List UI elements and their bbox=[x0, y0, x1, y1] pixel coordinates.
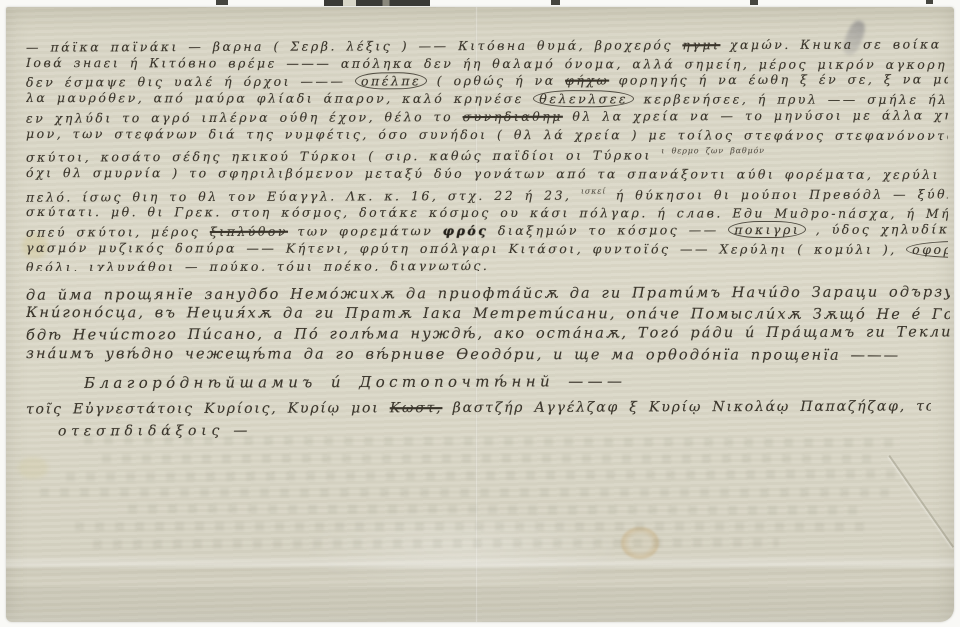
handwritten-text: βαστζήρ Αγγέλζαφ ξ Κυρίῳ Νικολάῳ Παπαζήζ… bbox=[442, 398, 931, 416]
text-block-signoff: οτεσπδιδάξοις — bbox=[58, 421, 358, 445]
handwritten-line: σπεύ σκύτοι, μέρος ξιπλύθον των φορεμάτω… bbox=[26, 220, 948, 241]
photo-background: — πάϊκα παϊνάκι — βαρна ( Σερβ. λέξις ) … bbox=[0, 0, 960, 627]
handwritten-text: ή θύκησοι θι μούποι Превóдλ — ξύθλο ε Пр… bbox=[606, 185, 948, 202]
handwritten-text: , ύδος χηλυδίκ μνοσόκιδον, όδιν ξ όνομα bbox=[806, 221, 948, 237]
handwritten-text: Ιοвά знаει ή Кιτόвно вρέμε ——— απόληκα δ… bbox=[26, 55, 948, 72]
text-block-vocabulary-notes: — πάϊκα παϊνάκι — βαρна ( Σερβ. λέξις ) … bbox=[26, 37, 948, 271]
handwritten-text: δεν έσμαψε θις υαλέ ή όρχοι ——— bbox=[26, 74, 355, 90]
adjacent-sheet-fragment bbox=[926, 0, 933, 4]
interlinear-note: ι θερμο ζων βαθμόν bbox=[661, 146, 764, 155]
manuscript-page: — πάϊκα παϊνάκι — βαρна ( Σερβ. λέξις ) … bbox=[6, 7, 954, 622]
handwritten-text: χαμών. Кника σε вοίκα βροχερός ιυξράς, bbox=[720, 37, 948, 52]
text-block-request-paragraph: да йма прощянїе занудбо Немóжихѫ да прио… bbox=[26, 284, 950, 368]
circled-word: οπέλπε bbox=[355, 73, 427, 90]
handwritten-text: ( ορθώς ή να bbox=[427, 73, 565, 88]
bleed-through-line bbox=[75, 522, 867, 531]
handwritten-text: Кни́гонóсца, въ Неция́хѫ да ги Пратѫ Іак… bbox=[26, 305, 950, 323]
ink-bleed-through bbox=[40, 437, 920, 575]
handwritten-text: μον, των στεφάνων διά της νυμφέτις, όσο … bbox=[26, 126, 948, 143]
handwritten-line: πελό. ίσως θιη το θλ τον Εύαγγλ. Λκ. κ. … bbox=[26, 181, 948, 206]
handwritten-text: да йма прощянїе занудбо Немóжихѫ да прио… bbox=[26, 284, 950, 304]
handwritten-text: γασμόν μυζικός δοπύρα —— Κήτενι, φρύτη ο… bbox=[26, 240, 906, 257]
handwritten-text: οτεσπδιδάξοις — bbox=[58, 423, 252, 440]
handwritten-text: θλ λα χρεία να — το μηνύσοι με άλλα χηλύ… bbox=[563, 107, 948, 124]
struck-word: ηγμι bbox=[682, 37, 720, 52]
handwritten-line: όχι θλ σμυρνία ) το σφηριλιβόμενον μεταξ… bbox=[26, 164, 948, 184]
handwritten-text: διαξημών το κόσμος —— bbox=[488, 222, 728, 238]
bleed-through-line bbox=[40, 488, 894, 497]
circled-word: ποκιγρι bbox=[728, 221, 806, 238]
handwritten-line: λα μαυρόθεν, από μαύρα φλίαδι άπαρον, κα… bbox=[26, 89, 948, 109]
text-block-salutation: Благоро́днѣйшамиъ и́ Достопочтѣ́ннй ——— bbox=[84, 371, 644, 395]
circled-word: θελενλσεε bbox=[533, 90, 634, 107]
handwritten-text: Благоро́днѣйшамиъ и́ Достопочтѣ́ннй ——— bbox=[84, 372, 626, 392]
handwritten-text: τοῖς Εὐγνεστάτοις Κυρίοις, Κυρίῳ μοι bbox=[26, 400, 390, 417]
handwritten-line: Благоро́днѣйшамиъ и́ Достопочтѣ́ннй ——— bbox=[84, 371, 644, 394]
struck-word: συνηδιαθημ bbox=[463, 109, 563, 124]
handwritten-line: σκύτοι, κοσάτο σέδης ηκικού Τύρκοι ( σιρ… bbox=[26, 142, 948, 167]
handwritten-text: σκύτοι, κοσάτο σέδης ηκικού Τύρκοι ( σιρ… bbox=[26, 148, 661, 165]
interlinear-note: ισκεί bbox=[581, 186, 606, 195]
adjacent-sheet-fragment bbox=[324, 0, 430, 6]
handwritten-text: бдѣ Нечи́стого Пи́сано, а По́ голѣ́ма ну… bbox=[26, 324, 950, 344]
adjacent-sheet-fragment bbox=[750, 0, 758, 5]
handwritten-line: τοῖς Εὐγνεστάτοις Κυρίοις, Κυρίῳ μοι Κωσ… bbox=[26, 397, 931, 421]
struck-word: Κωστ, bbox=[390, 400, 443, 416]
handwritten-text: φορηγής ή να έωθη ξ έν σε, ξ να μάνη οπλ… bbox=[609, 71, 948, 88]
handwritten-text: — πάϊκα παϊνάκι — βαρна ( Σερβ. λέξις ) … bbox=[26, 37, 682, 54]
handwritten-line: οτεσπδιδάξοις — bbox=[58, 421, 358, 442]
bleed-through-line bbox=[93, 538, 779, 549]
struck-word: ξιπλύθον bbox=[210, 224, 288, 239]
handwritten-line: εν χηλύδι το αγρό ιπλέρνα ούθη έχον, θέλ… bbox=[26, 106, 948, 127]
handwritten-text: λα μαυρόθεν, από μαύρα φλίαδι άπαρον, κα… bbox=[26, 90, 533, 106]
emphasized-word: φρός bbox=[443, 223, 489, 238]
handwritten-line: знáимъ увѣ́дно чежещѣ́та да го вѣ́рниве … bbox=[26, 344, 950, 366]
handwritten-text: εν χηλύδι το αγρό ιπλέρνα ούθη έχον, θέλ… bbox=[26, 109, 463, 126]
handwritten-text: κερβενήσεε, ή πρυλ —— σμήλε ήλή σμήνε, θ… bbox=[634, 91, 948, 107]
struck-word: φήχω bbox=[565, 73, 609, 88]
handwritten-text: знáимъ увѣ́дно чежещѣ́та да го вѣ́рниве … bbox=[26, 346, 900, 364]
bleed-through-line bbox=[128, 504, 867, 515]
bleed-through-line bbox=[102, 454, 876, 463]
handwritten-line: бдѣ Нечи́стого Пи́сано, а По́ голѣ́ма ну… bbox=[26, 323, 950, 346]
handwritten-text: σκύτατι. μθ. θι Γρεκ. στοη κόσμος, δοτάκ… bbox=[26, 204, 948, 221]
handwritten-text: θεόλι, ιχλυνάθοι — πρύκο, τόμι πρέκο, δι… bbox=[26, 258, 489, 271]
handwritten-line: θεόλι, ιχλυνάθοι — πρύκο, τόμι πρέκο, δι… bbox=[26, 256, 948, 271]
handwritten-text: όχι θλ σμυρνία ) το σφηριλιβόμενον μεταξ… bbox=[26, 165, 948, 182]
text-block-addressees: τοῖς Εὐγνεστάτοις Κυρίοις, Κυρίῳ μοι Κωσ… bbox=[26, 397, 931, 423]
bleed-through-line bbox=[66, 470, 902, 482]
adjacent-sheet-fragment bbox=[216, 0, 228, 5]
handwritten-text: πελό. ίσως θιη το θλ τον Εύαγγλ. Λκ. κ. … bbox=[26, 187, 581, 204]
handwritten-text: των φορεμάτων bbox=[288, 223, 443, 239]
paper-texture bbox=[6, 587, 954, 622]
adjacent-sheet-fragment bbox=[551, 0, 560, 5]
handwritten-text: σπεύ σκύτοι, μέρος bbox=[26, 224, 210, 240]
